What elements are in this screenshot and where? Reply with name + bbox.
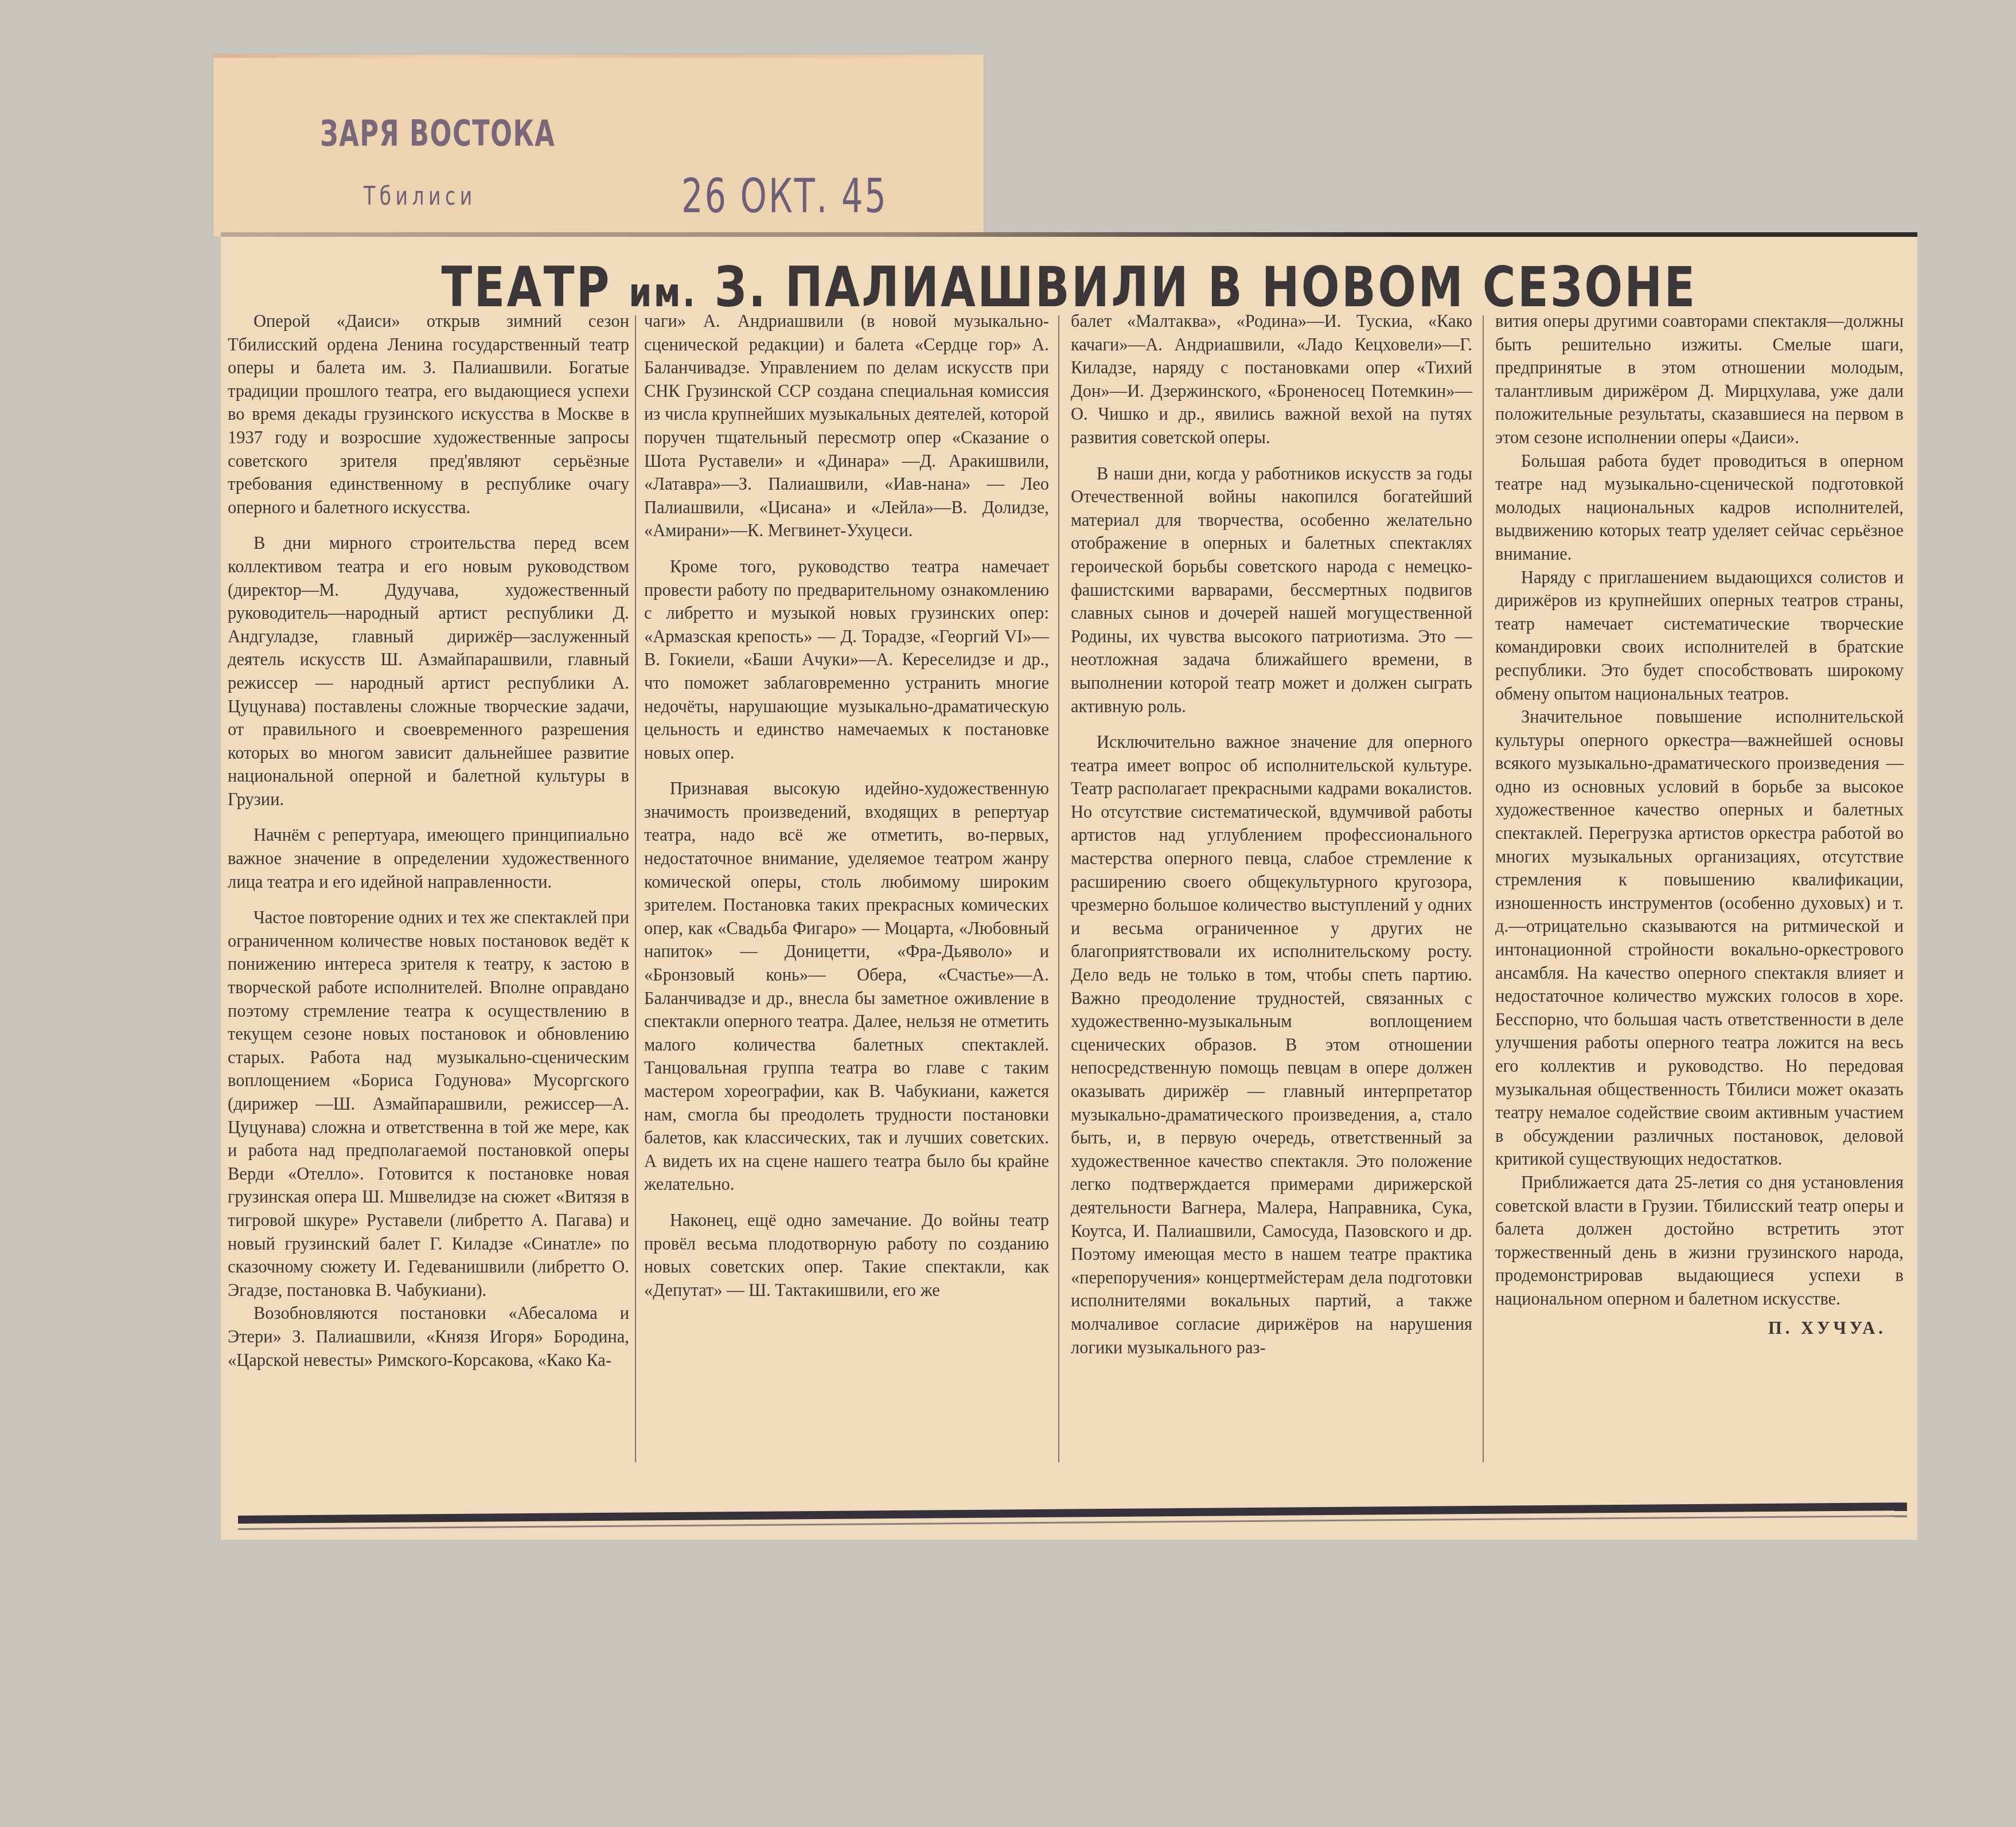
paragraph: Возобновляются постановки «Абесалома и Э… xyxy=(228,1302,629,1372)
paragraph: В наши дни, когда у работников искусств … xyxy=(1071,462,1472,719)
column-divider xyxy=(1058,315,1059,1462)
card-edge-stain xyxy=(213,54,984,58)
paragraph: Наконец, ещё одно замечание. До войны те… xyxy=(644,1209,1049,1302)
paragraph: Оперой «Даиси» открыв зимний сезон Тбили… xyxy=(228,310,629,519)
paragraph: Частое повторение одних и тех же спектак… xyxy=(228,906,629,1302)
column-divider xyxy=(1483,315,1484,1462)
paragraph: балет «Малтаква», «Родина»—И. Тускиа, «К… xyxy=(1071,310,1472,450)
column-1: Оперой «Даиси» открыв зимний сезон Тбили… xyxy=(228,310,629,1491)
paragraph: Признавая высокую идейно-художественную … xyxy=(644,777,1049,1196)
paragraph: В дни мирного строительства перед всем к… xyxy=(228,532,629,811)
paragraph: Значительное повышение исполнительской к… xyxy=(1495,705,1904,1171)
paragraph: Большая работа будет проводиться в оперн… xyxy=(1495,450,1904,566)
column-2: чаги» А. Андриашвили (в новой музыкально… xyxy=(644,310,1049,1491)
paragraph: Исключительно важное значение для оперно… xyxy=(1071,731,1472,1359)
article-columns: Оперой «Даиси» открыв зимний сезон Тбили… xyxy=(221,310,1917,1491)
headline-word-im: им. xyxy=(629,269,697,316)
city-stamp: Тбилиси xyxy=(364,182,477,211)
paragraph: чаги» А. Андриашвили (в новой музыкально… xyxy=(644,310,1049,542)
column-divider xyxy=(635,315,636,1462)
column-4: вития оперы другими соавторами спектакля… xyxy=(1495,310,1904,1491)
archive-stamp-card: ЗАРЯ ВОСТОКА Тбилиси 26 ОКТ. 45 xyxy=(213,54,984,237)
column-3: балет «Малтаква», «Родина»—И. Тускиа, «К… xyxy=(1071,310,1472,1491)
paragraph: вития оперы другими соавторами спектакля… xyxy=(1495,310,1904,450)
newspaper-clipping: ТЕАТР им. З. ПАЛИАШВИЛИ В НОВОМ СЕЗОНЕ О… xyxy=(221,232,1917,1540)
newspaper-name-stamp: ЗАРЯ ВОСТОКА xyxy=(320,112,555,154)
author-signature: П. ХУЧУА. xyxy=(1495,1317,1904,1340)
paragraph: Наряду с приглашением выдающихся солисто… xyxy=(1495,566,1904,706)
paragraph: Начнём с репертуара, имеющего принципиал… xyxy=(228,823,629,893)
bottom-rule xyxy=(238,1502,1907,1524)
paragraph: Приближается дата 25-летия со дня устано… xyxy=(1495,1171,1904,1311)
top-rule xyxy=(221,232,1917,237)
date-stamp: 26 ОКТ. 45 xyxy=(681,169,888,224)
paragraph: Кроме того, руководство театра намечает … xyxy=(644,555,1049,764)
